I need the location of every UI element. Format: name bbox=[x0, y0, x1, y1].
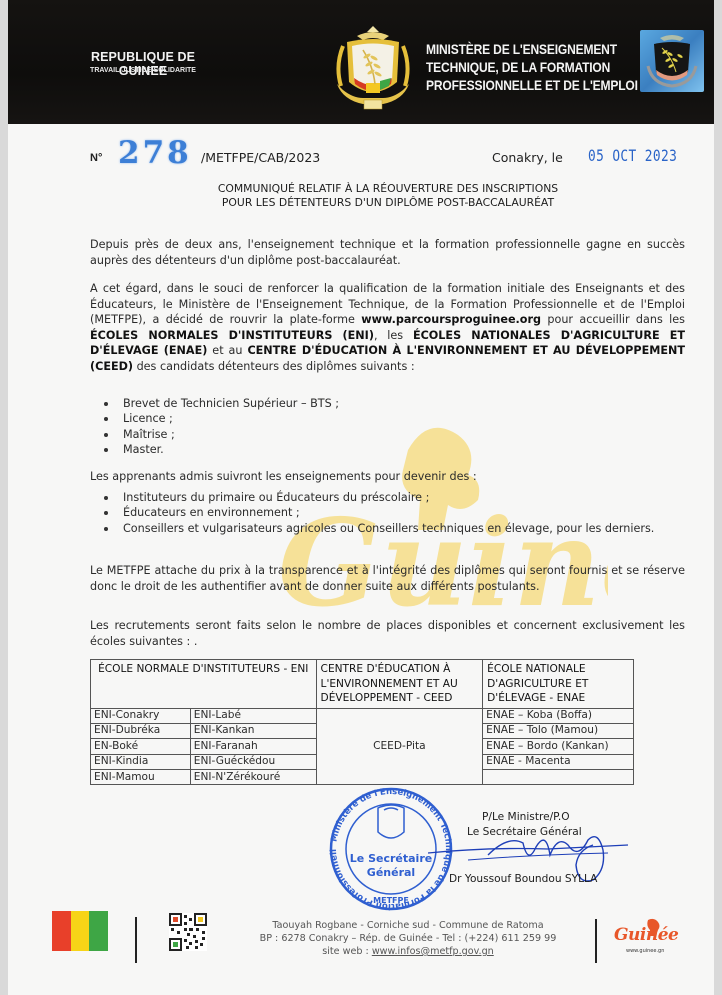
table-cell: ENI-Kindia bbox=[91, 754, 191, 769]
table-row: ENI-Conakry ENI-Labé CEED-Pita ENAE – Ko… bbox=[91, 708, 634, 723]
paragraph-text: pour accueillir dans les bbox=[541, 313, 685, 326]
reference-line: N° 278 /METFPE/CAB/2023 Conakry, le 05 O… bbox=[8, 135, 714, 175]
signatory-name: Dr Youssouf Boundou SYLLA bbox=[449, 873, 597, 885]
table-cell: ENI-Mamou bbox=[91, 770, 191, 785]
table-cell: ENAE – Bordo (Kankan) bbox=[483, 739, 634, 754]
paragraph-careers-intro: Les apprenants admis suivront les enseig… bbox=[90, 469, 685, 485]
date-stamp: 05 OCT 2023 bbox=[588, 146, 677, 165]
table-cell: ENI-Guéckédou bbox=[190, 754, 316, 769]
paragraph-text: et au bbox=[207, 344, 247, 357]
table-cell: ENI-Labé bbox=[190, 708, 316, 723]
careers-list: Instituteurs du primaire ou Éducateurs d… bbox=[90, 490, 685, 536]
ministry-title: MINISTÈRE DE L'ENSEIGNEMENT TECHNIQUE, D… bbox=[426, 40, 607, 94]
letterhead-header: REPUBLIQUE DE GUINEE TRAVAIL-JUSTICE-SOL… bbox=[8, 0, 714, 124]
table-cell: ENI-Kankan bbox=[190, 723, 316, 738]
table-cell-ceed: CEED-Pita bbox=[316, 708, 483, 785]
paragraph-intro: Depuis près de deux ans, l'enseignement … bbox=[90, 237, 685, 268]
svg-text:Général: Général bbox=[367, 866, 415, 879]
footer-contact-line: BP : 6278 Conakry – Rép. de Guinée - Tel… bbox=[228, 932, 588, 945]
table-cell: ENI-Conakry bbox=[91, 708, 191, 723]
ministry-emblem-icon bbox=[640, 30, 704, 92]
guinea-coat-of-arms-icon bbox=[333, 26, 413, 114]
qr-code-icon[interactable] bbox=[169, 913, 207, 951]
schools-table: ÉCOLE NORMALE D'INSTITUTEURS - ENI CENTR… bbox=[90, 659, 634, 785]
paragraph-text: des candidats détenteurs des diplômes su… bbox=[133, 360, 415, 373]
place-label: Conakry, le bbox=[492, 150, 563, 165]
ministry-title-line: TECHNIQUE, DE LA FORMATION bbox=[426, 58, 607, 76]
column-header-eni: ÉCOLE NORMALE D'INSTITUTEURS - ENI bbox=[91, 660, 317, 709]
table-cell: ENI-N'Zérékouré bbox=[190, 770, 316, 785]
guinee-brand-url: www.guinee.gn bbox=[626, 948, 664, 954]
column-header-ceed: CENTRE D'ÉDUCATION À L'ENVIRONNEMENT ET … bbox=[316, 660, 483, 709]
list-item: Brevet de Technicien Supérieur – BTS ; bbox=[90, 396, 685, 411]
diplomas-list: Brevet de Technicien Supérieur – BTS ; L… bbox=[90, 396, 685, 457]
site-label: site web : bbox=[322, 946, 372, 957]
table-cell: ENI-Dubréka bbox=[91, 723, 191, 738]
list-item: Maîtrise ; bbox=[90, 427, 685, 442]
ministry-title-line: MINISTÈRE DE L'ENSEIGNEMENT bbox=[426, 40, 607, 58]
table-cell: ENI-Faranah bbox=[190, 739, 316, 754]
list-item: Licence ; bbox=[90, 411, 685, 426]
footer-divider bbox=[595, 919, 597, 963]
table-cell: ENAE – Tolo (Mamou) bbox=[483, 723, 634, 738]
paragraph-text: , les bbox=[374, 329, 413, 342]
footer-divider bbox=[135, 917, 137, 963]
reference-code: /METFPE/CAB/2023 bbox=[201, 150, 320, 165]
table-cell: EN-Boké bbox=[91, 739, 191, 754]
reference-number-prefix: N° bbox=[90, 152, 102, 164]
footer-address-line: Taouyah Rogbane - Corniche sud - Commune… bbox=[228, 919, 588, 932]
guinea-flag-icon bbox=[52, 911, 108, 951]
document-title: COMMUNIQUÉ RELATIF À LA RÉOUVERTURE DES … bbox=[108, 182, 668, 210]
document-page: REPUBLIQUE DE GUINEE TRAVAIL-JUSTICE-SOL… bbox=[8, 0, 714, 995]
paragraph-platform: A cet égard, dans le souci de renforcer … bbox=[90, 281, 685, 374]
paragraph-recruitment: Les recrutements seront faits selon le n… bbox=[90, 618, 685, 649]
table-cell: ENAE - Macenta bbox=[483, 754, 634, 769]
table-cell bbox=[483, 770, 634, 785]
ministry-title-line: PROFESSIONNELLE ET DE L'EMPLOI bbox=[426, 76, 607, 94]
footer-address: Taouyah Rogbane - Corniche sud - Commune… bbox=[228, 919, 588, 958]
document-title-line: POUR LES DÉTENTEURS D'UN DIPLÔME POST-BA… bbox=[108, 196, 668, 210]
document-title-line: COMMUNIQUÉ RELATIF À LA RÉOUVERTURE DES … bbox=[108, 182, 668, 196]
table-header-row: ÉCOLE NORMALE D'INSTITUTEURS - ENI CENTR… bbox=[91, 660, 634, 709]
list-item: Master. bbox=[90, 442, 685, 457]
site-link[interactable]: www.infos@metfp.gov.gn bbox=[372, 946, 494, 957]
country-motto: TRAVAIL-JUSTICE-SOLIDARITE bbox=[83, 67, 203, 74]
paragraph-transparency: Le METFPE attache du prix à la transpare… bbox=[90, 563, 685, 594]
platform-website-link[interactable]: www.parcoursproguinee.org bbox=[361, 313, 541, 326]
table-cell: ENAE – Koba (Boffa) bbox=[483, 708, 634, 723]
reference-number-stamp: 278 bbox=[118, 135, 192, 171]
column-header-enae: ÉCOLE NATIONALE D'AGRICULTURE ET D'ÉLEVA… bbox=[483, 660, 634, 709]
eni-bold-text: ÉCOLES NORMALES D'INSTITUTEURS (ENI) bbox=[90, 329, 374, 342]
list-item: Instituteurs du primaire ou Éducateurs d… bbox=[90, 490, 685, 505]
list-item: Éducateurs en environnement ; bbox=[90, 505, 685, 520]
svg-text:METFPE: METFPE bbox=[373, 896, 409, 905]
guinee-brand-text: Guinée bbox=[614, 925, 678, 945]
list-item: Conseillers et vulgarisateurs agricoles … bbox=[90, 521, 685, 536]
svg-text:Le Secrétaire: Le Secrétaire bbox=[350, 852, 432, 865]
signatory-role: P/Le Ministre/P.O bbox=[482, 811, 570, 823]
footer-site-line: site web : www.infos@metfp.gov.gn bbox=[228, 945, 588, 958]
